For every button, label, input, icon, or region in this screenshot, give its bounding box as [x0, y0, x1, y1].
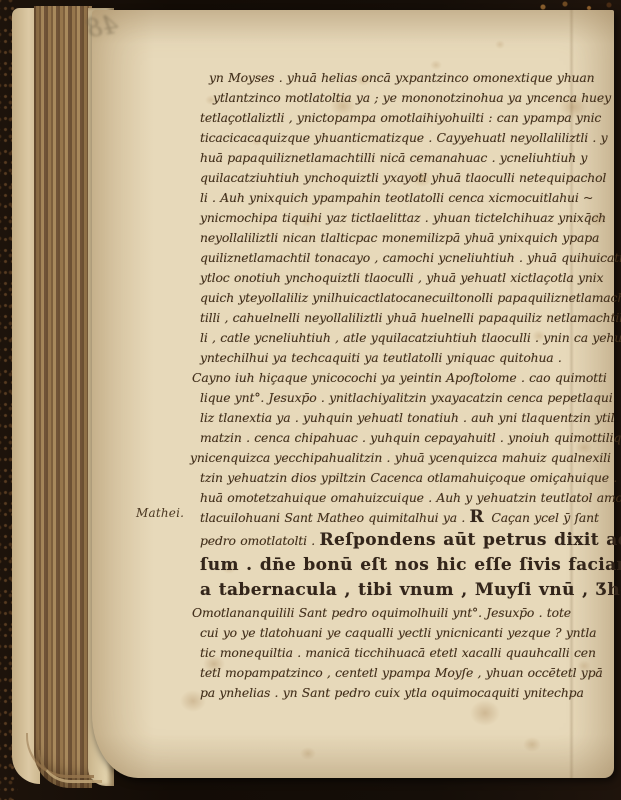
nahuatl-text: neyollaliliztli nican tlalticpac monemil…	[200, 230, 599, 245]
manuscript-line: lique ynt°. Jesuxp̄o . ynitlachiyalitzin…	[200, 388, 610, 408]
nahuatl-text: huā omotetzahuique omahuizcuique . Auh y…	[200, 490, 621, 505]
manuscript-line: matzin . cenca chipahuac . yuhquin cepay…	[200, 428, 610, 448]
manuscript-line: quiliznetlamachtil tonacayo , camochi yc…	[200, 248, 610, 268]
nahuatl-text: ytlantzinco motlatoltia ya ; ye mononotz…	[213, 90, 611, 105]
manuscript-page: 48 Mathei. yn Moyses . yhuā helias oncā …	[92, 10, 614, 778]
manuscript-line: ſum . dn̄e bonū eſt nos hic eſſe ſivis f…	[200, 553, 610, 578]
manuscript-line: pa ynhelias . yn Sant pedro cuix ytla oq…	[200, 683, 610, 703]
manuscript-line: ticacicacaquizque yhuanticmatizque . Cay…	[200, 128, 610, 148]
manuscript-line: tlacuilohuani Sant Matheo quimitalhui ya…	[200, 508, 610, 528]
nahuatl-text: Omotlananquilili Sant pedro oquimolhuili…	[192, 605, 571, 620]
manuscript-line: liz tlanextia ya . yuhquin yehuatl tonat…	[200, 408, 610, 428]
manuscript-line: yn Moyses . yhuā helias oncā yxpantzinco…	[209, 68, 610, 88]
latin-display-text: R	[470, 507, 492, 527]
manuscript-line: cui yo ye tlatohuani ye caqualli yectli …	[200, 623, 610, 643]
latin-display-text: Reſpondens aūt petrus dixit ad Je	[319, 530, 621, 550]
nahuatl-text: ytloc onotiuh ynchoquiztli tlaoculli , y…	[200, 270, 603, 285]
manuscript-line: quilacatziuhtiuh ynchoquiztli yxayotl yh…	[200, 168, 610, 188]
nahuatl-text: huā papaquiliznetlamachtilli nicā cemana…	[200, 150, 587, 165]
page-edge-streaks	[34, 6, 92, 788]
nahuatl-text: liz tlanextia ya . yuhquin yehuatl tonat…	[200, 410, 614, 425]
manuscript-line: quich yteyollaliliz ynilhuicactlatocanec…	[200, 288, 610, 308]
manuscript-line: li . Auh ynixquich ypampahin teotlatolli…	[200, 188, 610, 208]
latin-display-text: ſum . dn̄e bonū eſt nos hic eſſe ſivis f…	[200, 555, 621, 575]
folio-ghost-number: 48	[84, 10, 120, 44]
manuscript-line: huā omotetzahuique omahuizcuique . Auh y…	[200, 488, 610, 508]
nahuatl-text: tlacuilohuani Sant Matheo quimitalhui ya…	[200, 510, 470, 525]
nahuatl-text: Cayno iuh hiçaque ynicocochi ya yeintin …	[192, 370, 607, 385]
nahuatl-text: yn Moyses . yhuā helias oncā yxpantzinco…	[209, 70, 594, 85]
manuscript-line: yntechilhui ya techcaquiti ya teutlatoll…	[200, 348, 610, 368]
nahuatl-text: quiliznetlamachtil tonacayo , camochi yc…	[200, 250, 621, 265]
nahuatl-text: quich yteyollaliliz ynilhuicactlatocanec…	[200, 290, 621, 305]
manuscript-line: ytloc onotiuh ynchoquiztli tlaoculli , y…	[200, 268, 610, 288]
nahuatl-text: Caçan ycel ȳ ſant	[491, 510, 598, 525]
nahuatl-text: cui yo ye tlatohuani ye caqualli yectli …	[200, 625, 596, 640]
nahuatl-text: quilacatziuhtiuh ynchoquiztli yxayotl yh…	[200, 170, 606, 185]
manuscript-line: ytlantzinco motlatoltia ya ; ye mononotz…	[213, 88, 610, 108]
nahuatl-text: ticacicacaquizque yhuanticmatizque . Cay…	[200, 130, 607, 145]
nahuatl-text: lique ynt°. Jesuxp̄o . ynitlachiyalitzin…	[200, 390, 613, 405]
photo-background: 48 Mathei. yn Moyses . yhuā helias oncā …	[0, 0, 621, 800]
nahuatl-text: matzin . cenca chipahuac . yuhquin cepay…	[200, 430, 621, 445]
manuscript-line: neyollaliliztli nican tlalticpac monemil…	[200, 228, 610, 248]
nahuatl-text: ynicenquizca yecchipahualitzin . yhuā yc…	[190, 450, 611, 465]
latin-display-text: a tabernacula , tibi vnum , Muyſi vnū , …	[200, 580, 621, 600]
manuscript-line: Cayno iuh hiçaque ynicocochi ya yeintin …	[192, 368, 610, 388]
nahuatl-text: pedro omotlatolti .	[200, 533, 319, 548]
nahuatl-text: ynicmochipa tiquihi yaz tictlaelittaz . …	[200, 210, 606, 225]
nahuatl-text: tic monequiltia . manicā ticchihuacā ete…	[200, 645, 596, 660]
manuscript-line: ynicmochipa tiquihi yaz tictlaelittaz . …	[200, 208, 610, 228]
nahuatl-text: pa ynhelias . yn Sant pedro cuix ytla oq…	[200, 685, 584, 700]
manuscript-line: ynicenquizca yecchipahualitzin . yhuā yc…	[190, 448, 610, 468]
nahuatl-text: tetlaçotlaliztli , ynictopampa omotlaihi…	[200, 110, 601, 125]
manuscript-line: tetlaçotlaliztli , ynictopampa omotlaihi…	[200, 108, 610, 128]
manuscript-line: tilli , cahuelnelli neyollaliliztli yhuā…	[200, 308, 610, 328]
manuscript-line: pedro omotlatolti . Reſpondens aūt petru…	[200, 528, 610, 553]
manuscript-line: tzin yehuatzin dios ypiltzin Cacenca otl…	[200, 468, 610, 488]
manuscript-line: tetl mopampatzinco , centetl ypampa Moyſ…	[200, 663, 610, 683]
manuscript-line: a tabernacula , tibi vnum , Muyſi vnū , …	[200, 578, 610, 603]
nahuatl-text: yntechilhui ya techcaquiti ya teutlatoll…	[200, 350, 562, 365]
nahuatl-text: li , catle ycneliuhtiuh , atle yquilacat…	[200, 330, 621, 345]
nahuatl-text: tzin yehuatzin dios ypiltzin Cacenca otl…	[200, 470, 621, 485]
nahuatl-text: tetl mopampatzinco , centetl ypampa Moyſ…	[200, 665, 603, 680]
manuscript-line: li , catle ycneliuhtiuh , atle yquilacat…	[200, 328, 610, 348]
nahuatl-text: li . Auh ynixquich ypampahin teotlatolli…	[200, 190, 593, 205]
manuscript-line: tic monequiltia . manicā ticchihuacā ete…	[200, 643, 610, 663]
text-block: yn Moyses . yhuā helias oncā yxpantzinco…	[200, 68, 610, 703]
manuscript-line: huā papaquiliznetlamachtilli nicā cemana…	[200, 148, 610, 168]
manuscript-line: Omotlananquilili Sant pedro oquimolhuili…	[192, 603, 610, 623]
marginal-note: Mathei.	[136, 506, 184, 520]
nahuatl-text: tilli , cahuelnelli neyollaliliztli yhuā…	[200, 310, 621, 325]
